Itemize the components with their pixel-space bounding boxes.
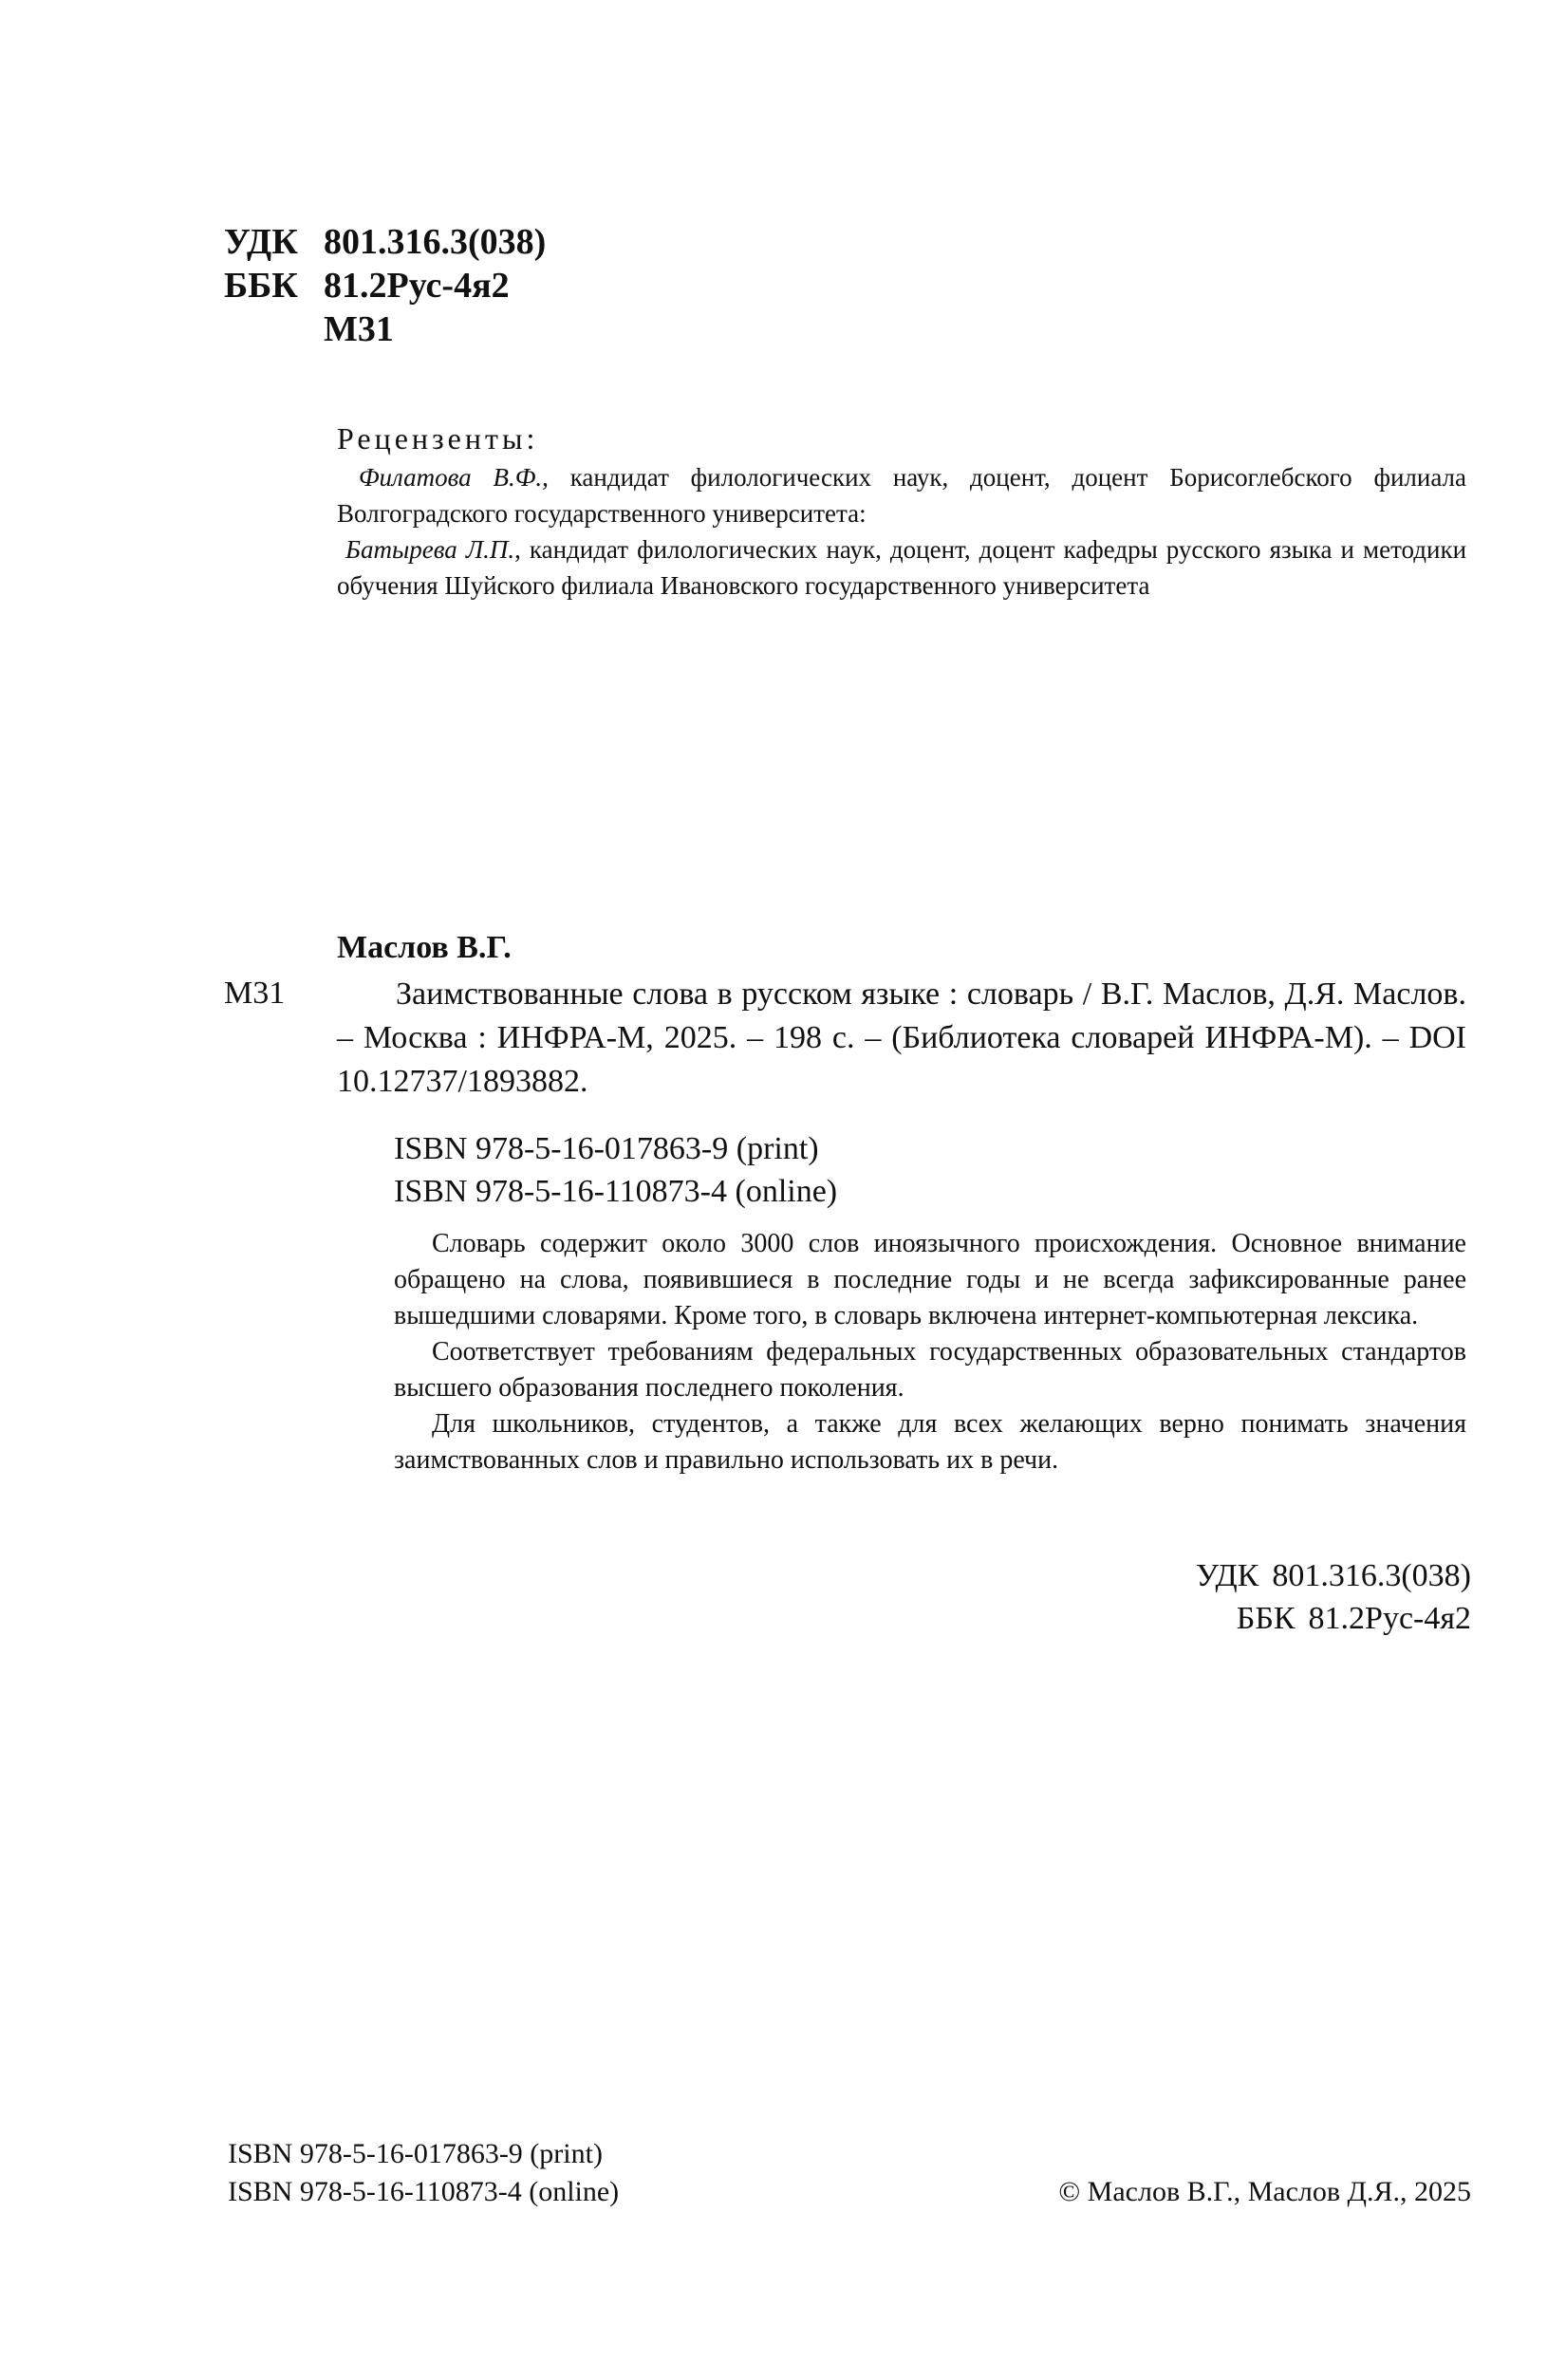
isbn-online: ISBN 978-5-16-110873-4 (online)	[394, 1170, 837, 1213]
isbn-print: ISBN 978-5-16-017863-9 (print)	[394, 1127, 837, 1170]
bbk-value: 81.2Рус-4я2	[1309, 1601, 1471, 1636]
abstract: Словарь содержит около 3000 слов иноязыч…	[394, 1226, 1466, 1478]
bibliographic-text: Заимствованные слова в русском языке : с…	[337, 973, 1466, 1104]
catalog-isbn-list: ISBN 978-5-16-017863-9 (print) ISBN 978-…	[394, 1127, 837, 1213]
isbn-print: ISBN 978-5-16-017863-9 (print)	[228, 2135, 619, 2173]
classification-codes: УДК801.316.3(038) ББК81.2Рус-4я2 М31	[224, 220, 546, 351]
reviewers-section: Рецензенты: Филатова В.Ф., кандидат фило…	[337, 418, 1466, 604]
reviewer-item: Батырева Л.П., кандидат филологических н…	[337, 531, 1466, 604]
udk-line: УДК801.316.3(038)	[1196, 1554, 1471, 1597]
bbk-line: ББК81.2Рус-4я2	[224, 264, 546, 307]
udk-line: УДК801.316.3(038)	[224, 220, 546, 264]
udk-value: 801.316.3(038)	[1272, 1558, 1471, 1593]
bibliographic-record: Заимствованные слова в русском языке : с…	[337, 973, 1466, 1104]
catalog-classification-codes: УДК801.316.3(038) ББК81.2Рус-4я2	[1196, 1554, 1471, 1640]
abstract-paragraph: Соответствует требованиям федеральных го…	[394, 1334, 1466, 1406]
udk-value: 801.316.3(038)	[324, 222, 546, 262]
abstract-paragraph: Для школьников, студентов, а также для в…	[394, 1406, 1466, 1478]
bbk-line: ББК81.2Рус-4я2	[1196, 1597, 1471, 1640]
bbk-value: 81.2Рус-4я2	[324, 266, 510, 306]
copyright-notice: © Маслов В.Г., Маслов Д.Я., 2025	[1058, 2173, 1471, 2211]
udk-label: УДК	[224, 220, 324, 264]
author-mark: М31	[224, 307, 546, 351]
reviewer-item: Филатова В.Ф., кандидат филологических н…	[337, 459, 1466, 531]
bbk-label: ББК	[1237, 1597, 1296, 1640]
catalog-author-mark: М31	[224, 976, 285, 1012]
reviewers-heading: Рецензенты:	[337, 418, 1466, 459]
reviewer-name: Филатова В.Ф.	[359, 463, 542, 492]
reviewer-name: Батырева Л.П.	[345, 535, 514, 564]
catalog-author: Маслов В.Г.	[337, 930, 512, 966]
isbn-online: ISBN 978-5-16-110873-4 (online)	[228, 2173, 619, 2211]
footer-isbn-list: ISBN 978-5-16-017863-9 (print) ISBN 978-…	[228, 2135, 619, 2211]
abstract-paragraph: Словарь содержит около 3000 слов иноязыч…	[394, 1226, 1466, 1334]
bbk-label: ББК	[224, 264, 324, 307]
udk-label: УДК	[1196, 1554, 1259, 1597]
